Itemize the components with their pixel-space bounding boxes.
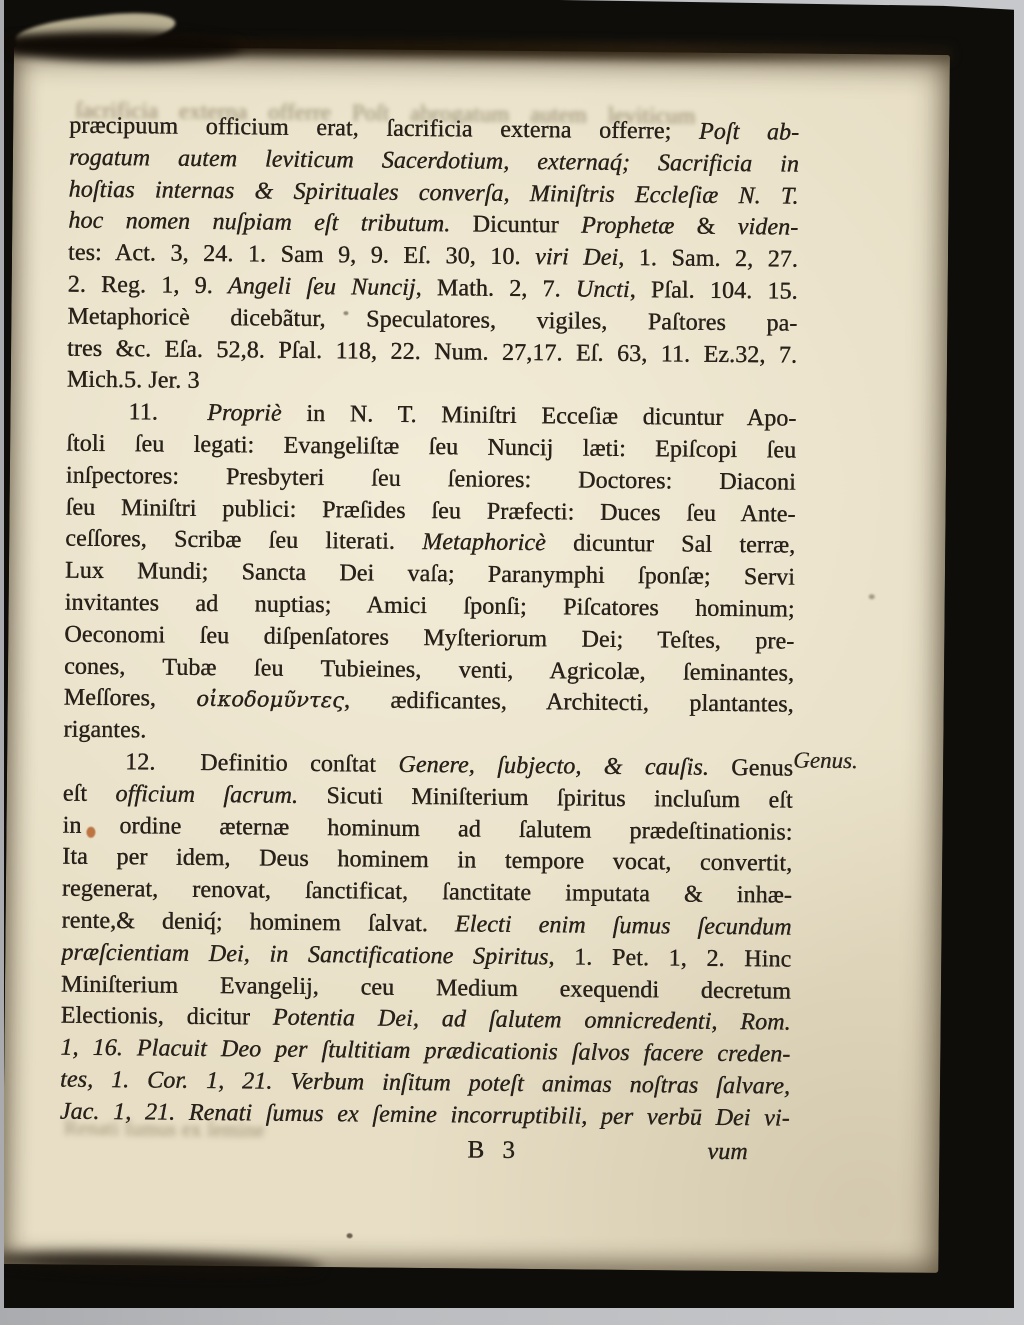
text-segment: ceſſores, Scribæ ſeu literati. (65, 526, 422, 555)
text-segment: rente,& deniq́; hominem ſalvat. (61, 907, 455, 937)
text-segment: 2. Reg. 1, 9. (68, 272, 228, 300)
signature-mark: B 3 (467, 1134, 521, 1166)
margin-note: Genus. (793, 748, 923, 775)
scanner-bed: ſacrificia externa offerre Poſt abrogatu… (0, 0, 1024, 1325)
text-segment: ſtoli ſeu legati: Evangeliſtæ ſeu Nuncij… (66, 430, 796, 463)
text-segment: viri Dei (535, 244, 618, 271)
text-segment: in ordine æternæ hominum ad ſalutem præd… (62, 812, 792, 845)
text-segment: Lux Mundi; Sancta Dei vaſa; Paranymphi ſ… (65, 558, 795, 591)
text-segment: , ædificantes, Architecti, plantantes, (344, 688, 794, 718)
text-segment: 11. (128, 399, 207, 426)
text-segment: tres &c. Eſa. 52,8. Pſal. 118, 22. Num. … (67, 335, 797, 368)
text-segment: Electi enim ſumus ſecundum (455, 911, 792, 940)
text-segment: Mich.5. Jer. 3 (67, 367, 200, 394)
text-segment: Dicuntur (450, 212, 581, 239)
text-segment: præſcientiam Dei, in Sanctificatione Spi… (61, 939, 548, 970)
text-segment: & (674, 214, 738, 241)
text-segment: Oeconomi ſeu diſpenſatores Myſteriorum D… (64, 621, 794, 654)
text-segment: viden- (738, 214, 799, 241)
text-segment: Genere, ſubjecto, & cauſis. (398, 752, 709, 781)
text-segment: Angeli ſeu Nuncij (228, 273, 416, 301)
book-page: ſacrificia externa offerre Poſt abrogatu… (2, 46, 950, 1273)
text-block: ſacrificia externa offerre Poſt abrogatu… (59, 111, 799, 1170)
text-segment: Electionis, dicitur (61, 1003, 273, 1031)
text-segment: ſeu Miniſtri publici: Præſides ſeu Præfe… (65, 494, 795, 527)
text-segment: Sicuti Miniſterium ſpiritus incluſum eſt (298, 782, 793, 813)
text-segment: rigantes. (63, 717, 146, 744)
text-segment: οἰκοδομῦντες (196, 687, 344, 712)
text-segment: hoc nomen nuſpiam eſt tributum. (68, 208, 450, 238)
text-segment: Ita per idem, Deus hominem in tempore vo… (62, 844, 792, 877)
text-segment: officium ſacrum. (115, 781, 298, 809)
scan-background: ſacrificia externa offerre Poſt abrogatu… (4, 0, 1014, 1308)
text-segment: Poſt ab- (699, 119, 800, 146)
catchword: vum (707, 1136, 748, 1168)
page-bottom-edge-shadow (0, 1249, 323, 1278)
text-segment: Potentia Dei, ad ſalutem omnicredenti, R… (273, 1005, 791, 1036)
text-segment: hoſtias internas & Spirituales converſa,… (69, 176, 799, 209)
text-segment: in N. T. Miniſtri Ecceſiæ dicuntur Apo- (282, 401, 797, 432)
text-segment: tes, 1. Cor. 1, 21. Verbum inſitum poteſ… (60, 1066, 790, 1099)
text-segment: invitantes ad nuptias; Amici ſponſi; Piſ… (65, 589, 795, 622)
text-segment: , 1. Pet. 1, 2. Hinc (548, 944, 791, 972)
text-segment: eſt (63, 780, 116, 807)
text-segment: Prophetæ (581, 213, 674, 240)
paper-speck (869, 594, 875, 599)
paper-speck (347, 1233, 353, 1238)
text-segment: inſpectores: Presbyteri ſeu ſeniores: Do… (66, 462, 796, 495)
text-segment: Metaphoricè dicebãtur, Speculatores, vig… (67, 303, 797, 336)
text-lines: præcipuum officium erat, ſacrificia exte… (60, 111, 800, 1135)
page-top-left-smudge (2, 30, 242, 62)
text-segment: 1, 16. Placuit Deo per ſtultitiam prædic… (60, 1035, 790, 1068)
text-segment: , 1. Sam. 2, 27. (618, 245, 798, 273)
text-segment: rogatum autem leviticum Sacerdotium, ext… (69, 144, 799, 177)
text-segment: Propriè (207, 400, 282, 427)
text-segment: , Pſal. 104. 15. (630, 277, 798, 305)
text-segment: , Math. 2, 7. (416, 275, 576, 303)
text-segment: 12. Definitio conſtat (125, 749, 399, 778)
text-segment: regenerat, renovat, ſanctificat, ſanctit… (62, 876, 792, 909)
text-segment: tes: Act. 3, 24. 1. Sam 9, 9. Eſ. 30, 10… (68, 240, 535, 270)
text-segment: cones, Tubæ ſeu Tubieines, venti, Agrico… (64, 653, 794, 686)
signature-row: B 3 vum (59, 1130, 789, 1170)
text-segment: Genus (709, 755, 793, 782)
text-segment: Metaphoricè (422, 529, 546, 556)
text-segment: Miniſterium Evangelij, ceu Medium exeque… (61, 971, 791, 1004)
text-segment: Uncti (576, 276, 630, 303)
text-segment: Meſſores, (64, 685, 197, 712)
text-segment: dicuntur Sal terræ, (546, 530, 796, 558)
